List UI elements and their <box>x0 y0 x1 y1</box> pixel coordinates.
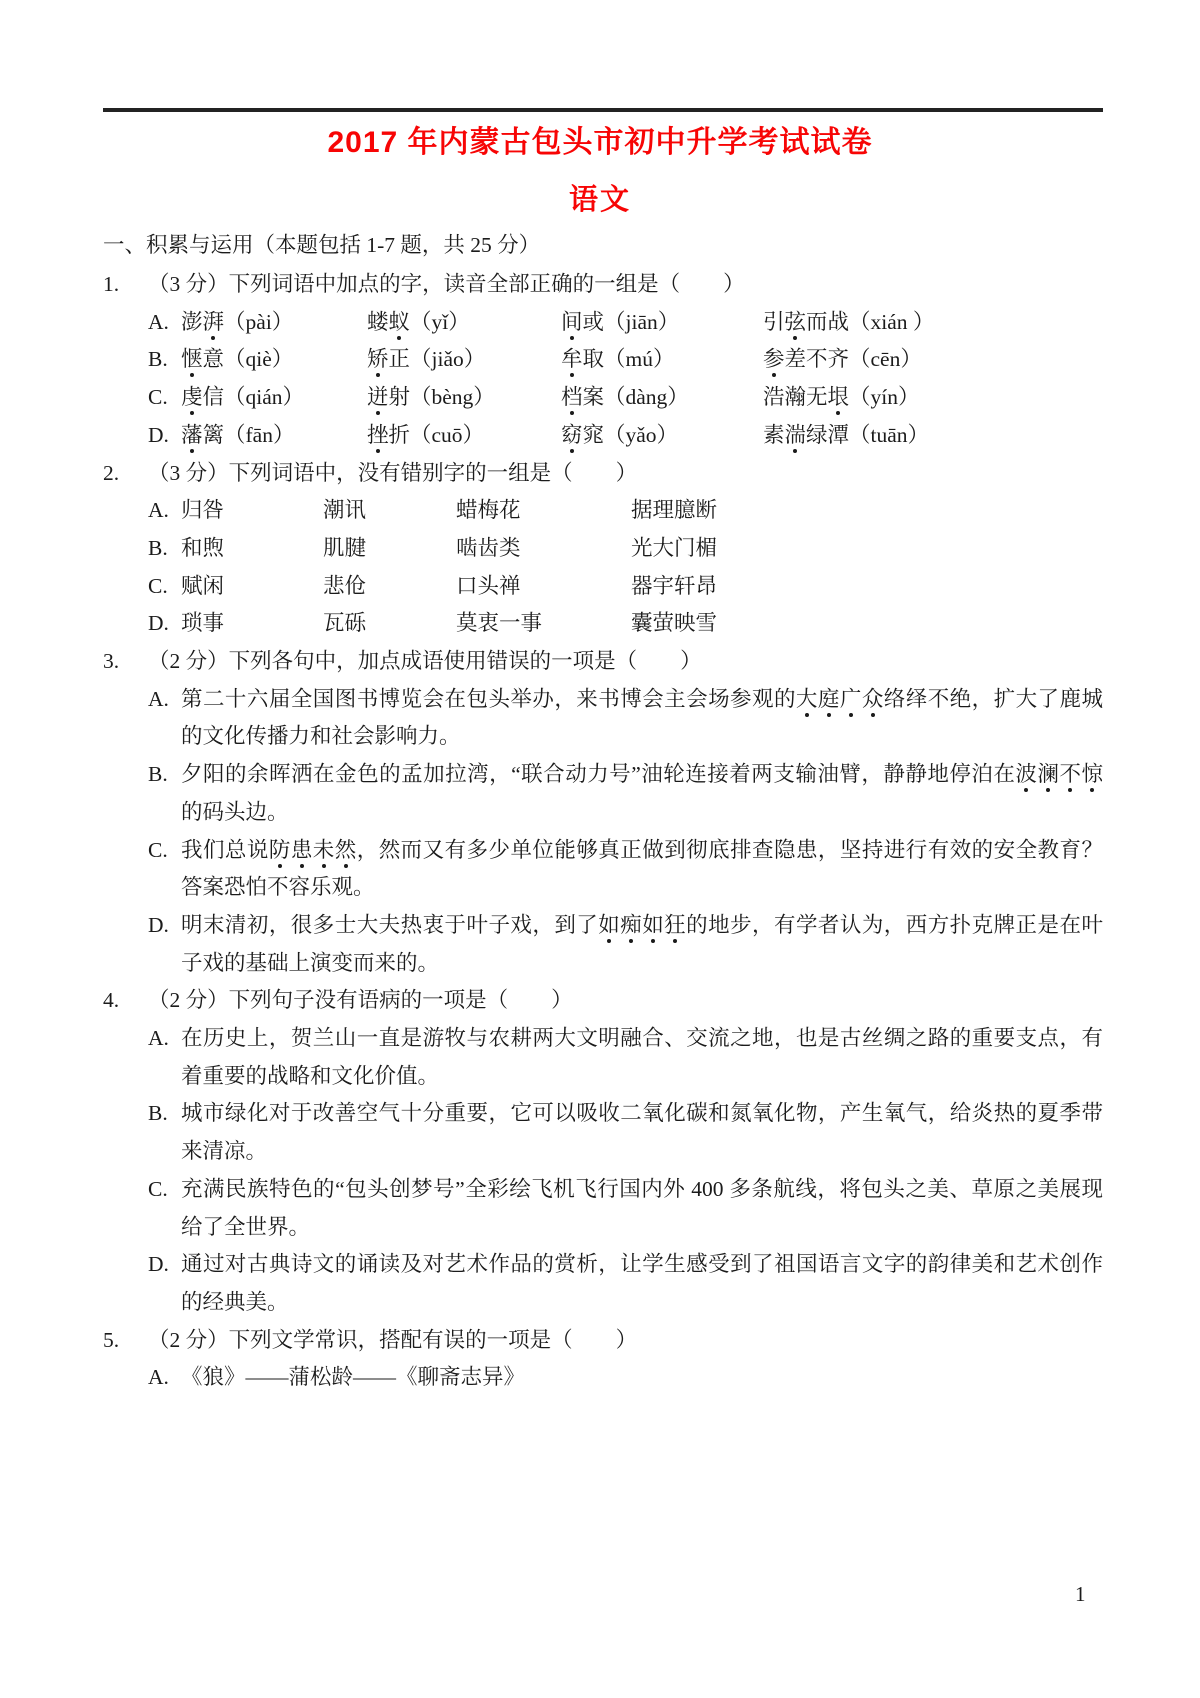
exam-subject: 语文 <box>0 183 1200 217</box>
option-word: 归咎 <box>181 492 323 530</box>
option-word: 器宇轩昂 <box>631 568 717 606</box>
question-number: 3. <box>103 643 148 681</box>
exam-title: 2017 年内蒙古包头市初中升学考试试卷 <box>0 126 1200 160</box>
question-1-option-a: A. 澎湃（pài） 蝼蚁（yǐ） 间或（jiān） 引弦而战（xián ） <box>148 304 1103 342</box>
option-text: 在历史上，贺兰山一直是游牧与农耕两大文明融合、交流之地，也是古丝绸之路的重要支点… <box>181 1020 1103 1095</box>
header-rule <box>103 108 1103 112</box>
option-word: 迸射（bèng） <box>367 379 561 417</box>
option-label: C. <box>148 568 181 606</box>
question-2: 2. （3 分）下列词语中，没有错别字的一组是（ ） A. 归咎 潮讯 蜡梅花 … <box>103 455 1103 644</box>
option-text: 《狼》——蒲松龄——《聊斋志异》 <box>181 1359 1103 1397</box>
option-label: D. <box>148 907 181 982</box>
option-text: 城市绿化对于改善空气十分重要，它可以吸收二氧化碳和氮氧化物，产生氧气，给炎热的夏… <box>181 1095 1103 1170</box>
option-text: 第二十六届全国图书博览会在包头举办，来书博会主会场参观的大庭广众络绎不绝，扩大了… <box>181 681 1103 756</box>
question-5: 5. （2 分）下列文学常识，搭配有误的一项是（ ） A. 《狼》——蒲松龄——… <box>103 1322 1103 1397</box>
question-2-stem: 2. （3 分）下列词语中，没有错别字的一组是（ ） <box>103 455 1103 493</box>
question-4: 4. （2 分）下列句子没有语病的一项是（ ） A. 在历史上，贺兰山一直是游牧… <box>103 982 1103 1321</box>
question-4-stem: 4. （2 分）下列句子没有语病的一项是（ ） <box>103 982 1103 1020</box>
question-4-option-b: B. 城市绿化对于改善空气十分重要，它可以吸收二氧化碳和氮氧化物，产生氧气，给炎… <box>148 1095 1103 1170</box>
option-label: A. <box>148 681 181 756</box>
question-2-option-a: A. 归咎 潮讯 蜡梅花 据理臆断 <box>148 492 1103 530</box>
option-label: D. <box>148 417 181 455</box>
question-2-option-b: B. 和煦 肌腱 啮齿类 光大门楣 <box>148 530 1103 568</box>
option-label: B. <box>148 756 181 831</box>
option-word: 口头禅 <box>456 568 631 606</box>
question-4-option-a: A. 在历史上，贺兰山一直是游牧与农耕两大文明融合、交流之地，也是古丝绸之路的重… <box>148 1020 1103 1095</box>
option-word: 惬意（qiè） <box>181 341 367 379</box>
option-label: B. <box>148 1095 181 1170</box>
option-word: 挫折（cuō） <box>367 417 561 455</box>
option-word: 肌腱 <box>323 530 456 568</box>
question-3-option-d: D. 明末清初，很多士大夫热衷于叶子戏，到了如痴如狂的地步，有学者认为，西方扑克… <box>148 907 1103 982</box>
option-word: 啮齿类 <box>456 530 631 568</box>
question-2-option-c: C. 赋闲 悲伧 口头禅 器宇轩昂 <box>148 568 1103 606</box>
question-2-option-d: D. 琐事 瓦砾 莫衷一事 囊萤映雪 <box>148 605 1103 643</box>
question-number: 4. <box>103 982 148 1020</box>
option-label: D. <box>148 605 181 643</box>
option-label: A. <box>148 304 181 342</box>
option-word: 档案（dàng） <box>561 379 763 417</box>
option-word: 浩瀚无垠（yín） <box>763 379 920 417</box>
question-stem-text: （3 分）下列词语中，没有错别字的一组是（ ） <box>148 455 1103 493</box>
option-word: 矫正（jiǎo） <box>367 341 561 379</box>
question-3-option-c: C. 我们总说防患未然，然而又有多少单位能够真正做到彻底排查隐患，坚持进行有效的… <box>148 832 1103 907</box>
option-word: 虔信（qián） <box>181 379 367 417</box>
question-number: 2. <box>103 455 148 493</box>
option-label: A. <box>148 492 181 530</box>
option-label: C. <box>148 379 181 417</box>
option-text: 明末清初，很多士大夫热衷于叶子戏，到了如痴如狂的地步，有学者认为，西方扑克牌正是… <box>181 907 1103 982</box>
option-label: C. <box>148 832 181 907</box>
option-label: C. <box>148 1171 181 1246</box>
exam-body: 一、积累与运用（本题包括 1-7 题，共 25 分） 1. （3 分）下列词语中… <box>103 230 1103 1397</box>
option-word: 瓦砾 <box>323 605 456 643</box>
option-word: 间或（jiān） <box>561 304 763 342</box>
question-1-stem: 1. （3 分）下列词语中加点的字，读音全部正确的一组是（ ） <box>103 266 1103 304</box>
question-3-option-b: B. 夕阳的余晖洒在金色的孟加拉湾，“联合动力号”油轮连接着两支输油臂，静静地停… <box>148 756 1103 831</box>
option-text: 通过对古典诗文的诵读及对艺术作品的赏析，让学生感受到了祖国语言文字的韵律美和艺术… <box>181 1246 1103 1321</box>
option-word: 据理臆断 <box>631 492 717 530</box>
question-4-option-d: D. 通过对古典诗文的诵读及对艺术作品的赏析，让学生感受到了祖国语言文字的韵律美… <box>148 1246 1103 1321</box>
question-5-stem: 5. （2 分）下列文学常识，搭配有误的一项是（ ） <box>103 1322 1103 1360</box>
question-3-option-a: A. 第二十六届全国图书博览会在包头举办，来书博会主会场参观的大庭广众络绎不绝，… <box>148 681 1103 756</box>
option-word: 参差不齐（cēn） <box>763 341 922 379</box>
question-1-option-c: C. 虔信（qián） 迸射（bèng） 档案（dàng） 浩瀚无垠（yín） <box>148 379 1103 417</box>
option-label: D. <box>148 1246 181 1321</box>
option-word: 琐事 <box>181 605 323 643</box>
option-text: 充满民族特色的“包头创梦号”全彩绘飞机飞行国内外 400 多条航线，将包头之美、… <box>181 1171 1103 1246</box>
option-word: 蝼蚁（yǐ） <box>367 304 561 342</box>
option-label: A. <box>148 1359 181 1397</box>
page-number: 1 <box>1075 1582 1086 1606</box>
option-word: 牟取（mú） <box>561 341 763 379</box>
option-word: 和煦 <box>181 530 323 568</box>
question-stem-text: （3 分）下列词语中加点的字，读音全部正确的一组是（ ） <box>148 266 1103 304</box>
option-word: 素湍绿潭（tuān） <box>763 417 929 455</box>
question-3-stem: 3. （2 分）下列各句中，加点成语使用错误的一项是（ ） <box>103 643 1103 681</box>
question-stem-text: （2 分）下列句子没有语病的一项是（ ） <box>148 982 1103 1020</box>
option-word: 蜡梅花 <box>456 492 631 530</box>
option-word: 悲伧 <box>323 568 456 606</box>
option-text: 夕阳的余晖洒在金色的孟加拉湾，“联合动力号”油轮连接着两支输油臂，静静地停泊在波… <box>181 756 1103 831</box>
question-1-option-d: D. 藩篱（fān） 挫折（cuō） 窈窕（yǎo） 素湍绿潭（tuān） <box>148 417 1103 455</box>
option-word: 窈窕（yǎo） <box>561 417 763 455</box>
question-1-option-b: B. 惬意（qiè） 矫正（jiǎo） 牟取（mú） 参差不齐（cēn） <box>148 341 1103 379</box>
exam-page: 2017 年内蒙古包头市初中升学考试试卷 语文 一、积累与运用（本题包括 1-7… <box>0 0 1200 1698</box>
question-3: 3. （2 分）下列各句中，加点成语使用错误的一项是（ ） A. 第二十六届全国… <box>103 643 1103 982</box>
question-stem-text: （2 分）下列文学常识，搭配有误的一项是（ ） <box>148 1322 1103 1360</box>
option-word: 囊萤映雪 <box>631 605 717 643</box>
question-number: 5. <box>103 1322 148 1360</box>
question-stem-text: （2 分）下列各句中，加点成语使用错误的一项是（ ） <box>148 643 1103 681</box>
question-4-option-c: C. 充满民族特色的“包头创梦号”全彩绘飞机飞行国内外 400 多条航线，将包头… <box>148 1171 1103 1246</box>
question-number: 1. <box>103 266 148 304</box>
option-text: 我们总说防患未然，然而又有多少单位能够真正做到彻底排查隐患，坚持进行有效的安全教… <box>181 832 1103 907</box>
option-word: 莫衷一事 <box>456 605 631 643</box>
option-label: B. <box>148 341 181 379</box>
option-word: 赋闲 <box>181 568 323 606</box>
question-5-option-a: A. 《狼》——蒲松龄——《聊斋志异》 <box>148 1359 1103 1397</box>
option-word: 光大门楣 <box>631 530 717 568</box>
option-word: 引弦而战（xián ） <box>763 304 934 342</box>
option-word: 澎湃（pài） <box>181 304 367 342</box>
option-label: B. <box>148 530 181 568</box>
option-word: 潮讯 <box>323 492 456 530</box>
section-heading: 一、积累与运用（本题包括 1-7 题，共 25 分） <box>103 230 1103 260</box>
question-1: 1. （3 分）下列词语中加点的字，读音全部正确的一组是（ ） A. 澎湃（pà… <box>103 266 1103 455</box>
option-word: 藩篱（fān） <box>181 417 367 455</box>
option-label: A. <box>148 1020 181 1095</box>
